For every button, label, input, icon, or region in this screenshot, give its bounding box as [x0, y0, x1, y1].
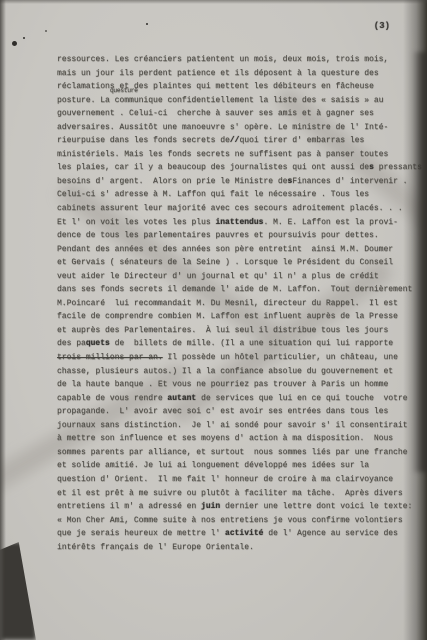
text-line: Et l' on voit les votes les plus inatten…	[57, 216, 402, 230]
text-segment: dernier une lettre dont voici le texte:	[220, 502, 412, 511]
text-segment: « Mon Cher Ami, Comme suite à nos entret…	[57, 516, 403, 525]
text-line: question d' Orient. Il me fait l' honneu…	[57, 473, 402, 487]
text-segment: ministériels. Mais les fonds secrets ne …	[57, 150, 388, 159]
text-line: posture. Laquesture communique confident…	[57, 94, 402, 108]
text-line: les plaies, car il y a beaucoup des jour…	[57, 161, 402, 175]
text-segment: Pendant des années et des années son pèr…	[57, 245, 393, 254]
text-segment-ov: //	[230, 136, 240, 145]
text-line: propagande. L' avoir avec soi c' est avo…	[57, 405, 402, 419]
text-segment-ov: juin	[201, 502, 220, 511]
text-segment: que je serais heureux de mettre l'	[57, 529, 225, 538]
text-segment: de services que lui en ce qui touche vot…	[196, 394, 407, 403]
text-line: réclamations et des plaintes qui mettent…	[57, 80, 402, 94]
text-segment: ressources. Les créanciers patientent un…	[57, 55, 388, 64]
text-line: gouvernement . Celui-ci cherche à sauver…	[57, 107, 402, 121]
inserted-word: questure	[110, 87, 138, 94]
text-line: de la haute banque . Et vous ne pourriez…	[57, 378, 402, 392]
text-segment: réclamations et des plaintes qui mettent…	[57, 82, 374, 91]
scan-speck	[45, 30, 47, 32]
scan-edge-shadow-top	[0, 0, 427, 4]
text-line: rieurpuise dans les fonds secrets de//qu…	[57, 134, 402, 148]
text-segment: veut aider le Directeur d' un journal et…	[57, 272, 379, 281]
text-line: veut aider le Directeur d' un journal et…	[57, 270, 402, 284]
text-line: et auprès des Parlementaires. À lui seul…	[57, 324, 402, 338]
text-line: facile de comprendre combien M. Laffon e…	[57, 310, 402, 324]
scan-speck	[146, 23, 148, 25]
text-line: ministériels. Mais les fonds secrets ne …	[57, 148, 402, 162]
text-segment: et Gervais ( sénateurs de la Seine ) . L…	[57, 258, 393, 267]
text-segment: Finances d' intervenir .	[292, 177, 407, 186]
text-segment: quoi tirer d' embarras les	[239, 136, 364, 145]
text-segment: Et l' on voit les votes les plus	[57, 218, 215, 227]
text-line: mais un jour ils perdent patience et ils…	[57, 67, 402, 81]
text-segment: de l' Agence au service des	[263, 529, 397, 538]
text-line: journaux sans distinction. Je l' ai sond…	[57, 419, 402, 433]
text-segment: les plaies, car il y a beaucoup des jour…	[57, 163, 369, 172]
text-segment: Celui-ci s' adresse à M. Laffon qui fait…	[57, 190, 369, 199]
scan-edge-shadow-right-dark	[412, 52, 427, 472]
text-segment-ov: activité	[225, 529, 263, 538]
scan-edge-shadow-left	[0, 0, 6, 640]
text-segment: gouvernement . Celui-ci cherche à sauver…	[57, 109, 374, 118]
scanned-page: (3) ressources. Les créanciers patienten…	[0, 0, 427, 640]
text-segment: dence de tous les parlementaires pauvres…	[57, 231, 379, 240]
scan-speck	[23, 37, 25, 39]
text-line: cabinets assurent leur majorité avec ces…	[57, 202, 402, 216]
page-number: (3)	[374, 21, 390, 31]
text-segment: et il est prêt à me suivre ou plutôt à f…	[57, 489, 403, 498]
text-segment-ov: autant	[167, 394, 196, 403]
text-line: sommes parents par alliance, et surtout …	[57, 446, 402, 460]
text-line: « Mon Cher Ami, Comme suite à nos entret…	[57, 514, 402, 528]
text-segment: capable de vous rendre	[57, 394, 167, 403]
text-segment: question d' Orient. Il me fait l' honneu…	[57, 475, 393, 484]
text-line: chasse, plusieurs autos.) Il a la confia…	[57, 365, 402, 379]
text-segment: rieurpuise dans les fonds secrets de	[57, 136, 230, 145]
text-line: à mettre son influence et ses moyens d' …	[57, 432, 402, 446]
text-segment: facile de comprendre combien M. Laffon e…	[57, 312, 398, 321]
text-segment: de la haute banque . Et vous ne pourriez…	[57, 380, 388, 389]
text-line: Celui-ci s' adresse à M. Laffon qui fait…	[57, 188, 402, 202]
text-segment: sommes parents par alliance, et surtout …	[57, 448, 407, 457]
text-segment: . M. E. Laffon est la provi-	[263, 218, 397, 227]
text-line: trois millions par an. Il possède un hôt…	[57, 351, 402, 365]
text-line: que je serais heureux de mettre l' activ…	[57, 527, 402, 541]
text-segment: journaux sans distinction. Je l' ai sond…	[57, 421, 407, 430]
text-segment: besoins d' argent. Alors on prie le Mini…	[57, 177, 287, 186]
text-segment: mais un jour ils perdent patience et ils…	[57, 69, 379, 78]
text-segment: entretiens il m' a adressé en	[57, 502, 201, 511]
text-segment: et auprès des Parlementaires. À lui seul…	[57, 326, 388, 335]
text-segment: posture. La	[57, 96, 110, 105]
text-segment: communique confidentiellement la liste d…	[110, 96, 384, 105]
text-line: capable de vous rendre autant de service…	[57, 392, 402, 406]
text-line: et solide amitié. Je lui ai longuement d…	[57, 459, 402, 473]
scan-corner-shadow-bottom-left	[0, 542, 36, 640]
text-segment: M.Poincaré lui recommandait M. Du Mesnil…	[57, 299, 398, 308]
text-line: Pendant des années et des années son pèr…	[57, 243, 402, 257]
text-segment: dans ses fonds secrets il demande l' aid…	[57, 285, 412, 294]
text-segment-ov: quets	[86, 339, 110, 348]
text-segment: et solide amitié. Je lui ai longuement d…	[57, 461, 369, 470]
text-segment-strike: trois millions par an.	[57, 353, 163, 362]
text-segment: chasse, plusieurs autos.) Il a la confia…	[57, 367, 393, 376]
text-segment: adversaires. Aussitôt une manoeuvre s' o…	[57, 123, 388, 132]
text-line: entretiens il m' a adressé en juin derni…	[57, 500, 402, 514]
text-segment: des pa	[57, 339, 86, 348]
text-segment: cabinets assurent leur majorité avec ces…	[57, 204, 403, 213]
text-segment: de billets de mille. (Il a une situation…	[110, 339, 393, 348]
text-line: dence de tous les parlementaires pauvres…	[57, 229, 402, 243]
text-line: et Gervais ( sénateurs de la Seine ) . L…	[57, 256, 402, 270]
text-segment: Il possède un hôtel particulier, un chât…	[163, 353, 398, 362]
scan-speck	[12, 41, 17, 46]
text-line: ressources. Les créanciers patientent un…	[57, 53, 402, 67]
text-line: dans ses fonds secrets il demande l' aid…	[57, 283, 402, 297]
text-segment: intérêts français de l' Europe Orientale…	[57, 543, 254, 552]
text-segment-ov: inattendus	[215, 218, 263, 227]
text-line: intérêts français de l' Europe Orientale…	[57, 541, 402, 555]
document-text: ressources. Les créanciers patientent un…	[57, 53, 402, 554]
text-line: besoins d' argent. Alors on prie le Mini…	[57, 175, 402, 189]
text-segment: à mettre son influence et ses moyens d' …	[57, 434, 393, 443]
text-line: des paquets de billets de mille. (Il a u…	[57, 337, 402, 351]
text-segment: propagande. L' avoir avec soi c' est avo…	[57, 407, 388, 416]
text-line: et il est prêt à me suivre ou plutôt à f…	[57, 487, 402, 501]
text-line: M.Poincaré lui recommandait M. Du Mesnil…	[57, 297, 402, 311]
text-line: adversaires. Aussitôt une manoeuvre s' o…	[57, 121, 402, 135]
